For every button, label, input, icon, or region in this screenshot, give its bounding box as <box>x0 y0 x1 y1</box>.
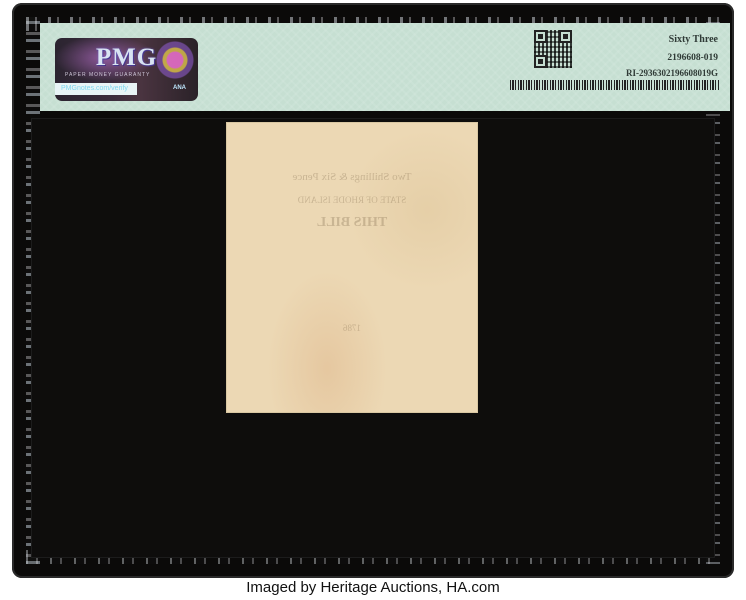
show-through-line: STATE OF RHODE ISLAND <box>257 195 447 205</box>
barcode-icon <box>510 80 719 90</box>
pmg-logo: PMG <box>55 44 198 72</box>
cert-number: 2196608-019 <box>667 53 718 63</box>
qr-code-icon <box>534 30 572 68</box>
grade-text: Sixty Three <box>669 34 718 45</box>
hologram-url: PMGnotes.com/verify <box>55 83 137 95</box>
show-through-line: THIS BILL <box>257 215 447 231</box>
ana-badge: ANA <box>173 85 186 91</box>
pmg-hologram: PMG PAPER MONEY GUARANTY PMGnotes.com/ve… <box>55 38 198 101</box>
show-through-line: Two Shillings & Six Pence <box>257 171 447 183</box>
show-through-line: 1786 <box>257 323 447 333</box>
banknote-back: Two Shillings & Six Pence STATE OF RHODE… <box>227 123 477 412</box>
image-credit-caption: Imaged by Heritage Auctions, HA.com <box>0 578 746 598</box>
ri-code: RI-2936302196608019G <box>626 68 718 78</box>
hologram-subtext: PAPER MONEY GUARANTY <box>65 72 150 78</box>
